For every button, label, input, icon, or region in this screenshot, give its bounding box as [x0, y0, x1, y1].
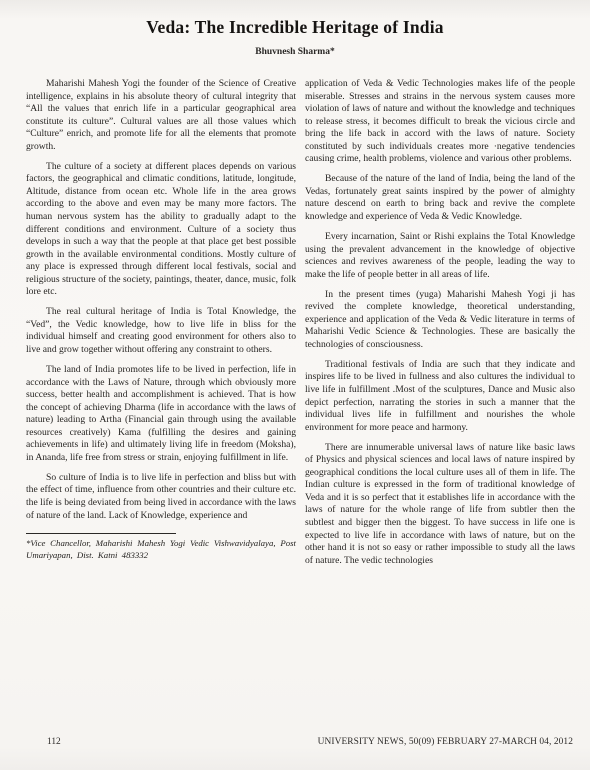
journal-line: UNIVERSITY NEWS, 50(09) FEBRUARY 27-MARC… — [318, 737, 573, 747]
paragraph: Every incarnation, Saint or Rishi explai… — [305, 231, 575, 281]
paragraph: The culture of a society at different pl… — [26, 161, 296, 299]
page-footer: 112 UNIVERSITY NEWS, 50(09) FEBRUARY 27-… — [0, 737, 590, 747]
paragraph: In the present times (yuga) Maharishi Ma… — [305, 289, 575, 352]
paragraph: Traditional festivals of India are such … — [305, 359, 575, 434]
article-title: Veda: The Incredible Heritage of India — [0, 17, 590, 38]
paragraph: The land of India promotes life to be li… — [26, 364, 296, 464]
footnote-divider — [26, 533, 176, 534]
paragraph: application of Veda & Vedic Technologies… — [305, 78, 575, 166]
page-number: 112 — [47, 737, 61, 747]
left-column: Maharishi Mahesh Yogi the founder of the… — [26, 78, 296, 575]
article-body: Maharishi Mahesh Yogi the founder of the… — [0, 78, 590, 575]
right-column: application of Veda & Vedic Technologies… — [305, 78, 575, 575]
footnote: *Vice Chancellor, Maharishi Mahesh Yogi … — [26, 538, 296, 562]
paragraph: Because of the nature of the land of Ind… — [305, 173, 575, 223]
paragraph: Maharishi Mahesh Yogi the founder of the… — [26, 78, 296, 153]
scanned-page: Veda: The Incredible Heritage of India B… — [0, 0, 590, 770]
paragraph: So culture of India is to live life in p… — [26, 472, 296, 522]
paragraph: The real cultural heritage of India is T… — [26, 306, 296, 356]
article-author: Bhuvnesh Sharma* — [0, 47, 590, 57]
paragraph: There are innumerable universal laws of … — [305, 442, 575, 567]
